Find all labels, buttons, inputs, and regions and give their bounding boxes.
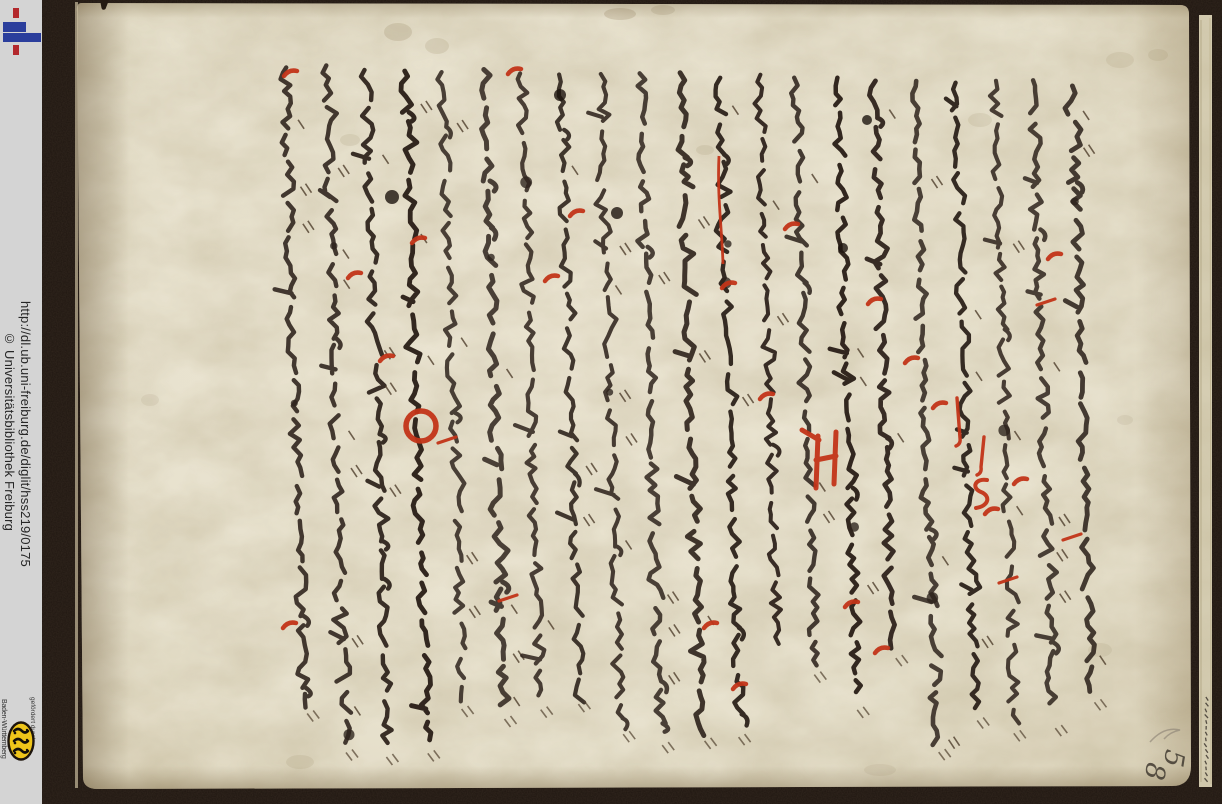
manuscript-scan: 85	[0, 0, 1222, 804]
facing-page-edge	[1199, 15, 1212, 787]
copyright-label: © Universitätsbibliothek Freiburg	[2, 331, 17, 531]
registration-red-square-bottom	[13, 45, 19, 55]
scanner-sidebar: http://dl.ub.uni-freiburg.de/diglit/hss2…	[0, 0, 42, 804]
manuscript-page	[70, 0, 1200, 804]
digitized-manuscript-viewer: 85 http://dl.ub.uni-freiburg.de/diglit/h…	[0, 0, 1222, 804]
registration-red-square-top	[13, 8, 19, 18]
funder-name-label: Baden-Württemberg	[0, 699, 7, 759]
registration-blue-bar-short	[3, 22, 26, 32]
registration-blue-bar-long	[3, 33, 41, 42]
baden-wuerttemberg-shield-icon	[5, 718, 37, 764]
scan-url-label: http://dl.ub.uni-freiburg.de/diglit/hss2…	[18, 301, 33, 567]
